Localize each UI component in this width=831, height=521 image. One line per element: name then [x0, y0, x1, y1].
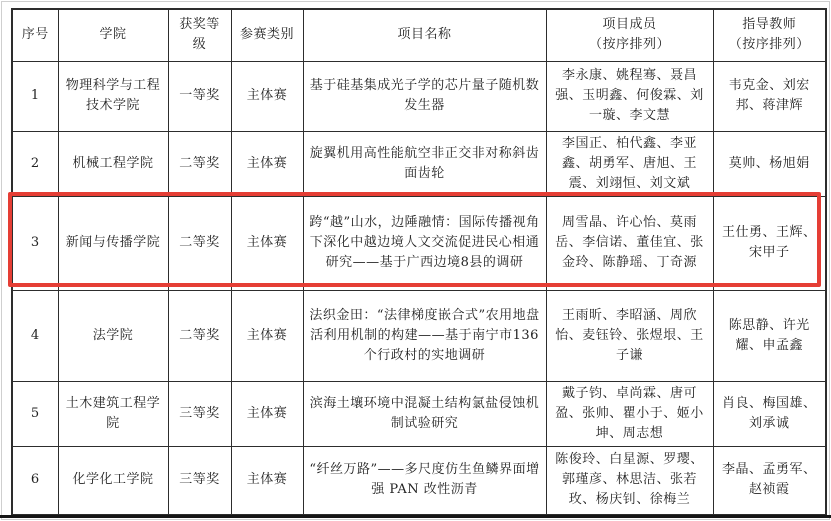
header-teachers: 指导教师 （按序排列） [713, 9, 826, 61]
header-award: 获奖等 级 [168, 9, 231, 61]
cell-category: 主体赛 [231, 290, 303, 381]
table-row: 1 物理科学与工程技术学院 一等奖 主体赛 基于硅基集成光子学的芯片量子随机数发… [12, 61, 826, 131]
cell-project: 旋翼机用高性能航空非正交非对称斜齿面齿轮 [303, 131, 546, 196]
cell-college: 物理科学与工程技术学院 [58, 61, 168, 131]
table-row: 5 土木建筑工程学院 三等奖 主体赛 滨海土壤环境中混凝土结构氯盐侵蚀机制试验研… [12, 381, 826, 446]
cell-award: 三等奖 [168, 381, 231, 446]
cell-category: 主体赛 [231, 446, 303, 515]
table-row: 2 机械工程学院 二等奖 主体赛 旋翼机用高性能航空非正交非对称斜齿面齿轮 李国… [12, 131, 826, 196]
cell-teachers: 李晶、孟勇军、赵祯霞 [713, 446, 826, 515]
cell-num: 3 [12, 196, 58, 290]
cell-college: 土木建筑工程学院 [58, 381, 168, 446]
table-row: 6 化学化工学院 三等奖 主体赛 “纤丝万路”——多尺度仿生鱼鳞界面增强 PAN… [12, 446, 826, 515]
cell-category: 主体赛 [231, 61, 303, 131]
header-project: 项目名称 [303, 9, 546, 61]
cell-teachers: 陈思静、许光耀、申孟鑫 [713, 290, 826, 381]
cell-project: 跨“越”山水，边陲融情：国际传播视角下深化中越边境人文交流促进民心相通研究——基… [303, 196, 546, 290]
cell-num: 5 [12, 381, 58, 446]
header-members: 项目成员 （按序排列） [546, 9, 713, 61]
cell-award: 二等奖 [168, 131, 231, 196]
cell-category: 主体赛 [231, 131, 303, 196]
cell-teachers: 韦克金、刘宏邦、蒋津辉 [713, 61, 826, 131]
cell-num: 2 [12, 131, 58, 196]
header-college: 学院 [58, 9, 168, 61]
cell-members: 李国正、柏代鑫、李亚鑫、胡勇军、唐旭、王震、刘翊恒、刘文斌 [546, 131, 713, 196]
cell-num: 1 [12, 61, 58, 131]
cell-members: 王雨昕、李昭涵、周欣怡、麦钰铃、张煜垠、王子谦 [546, 290, 713, 381]
cell-teachers: 莫帅、杨旭娟 [713, 131, 826, 196]
award-results-table: 序号 学院 获奖等 级 参赛类别 项目名称 项目成员 （按序排列） 指导教师 （… [11, 8, 827, 516]
table-body: 1 物理科学与工程技术学院 一等奖 主体赛 基于硅基集成光子学的芯片量子随机数发… [12, 61, 826, 515]
cell-college: 新闻与传播学院 [58, 196, 168, 290]
header-row: 序号 学院 获奖等 级 参赛类别 项目名称 项目成员 （按序排列） 指导教师 （… [12, 9, 826, 61]
cell-college: 法学院 [58, 290, 168, 381]
header-num: 序号 [12, 9, 58, 61]
cell-teachers: 肖良、梅国雄、刘承诚 [713, 381, 826, 446]
cell-num: 4 [12, 290, 58, 381]
table-row: 4 法学院 二等奖 主体赛 法织金田：“法律梯度嵌合式”农用地盘活利用机制的构建… [12, 290, 826, 381]
cell-members: 周雪晶、许心怡、莫雨岳、李信诺、董佳宜、张金玲、陈静瑶、丁奇源 [546, 196, 713, 290]
cell-award: 二等奖 [168, 290, 231, 381]
table-header: 序号 学院 获奖等 级 参赛类别 项目名称 项目成员 （按序排列） 指导教师 （… [12, 9, 826, 61]
table-row-highlighted: 3 新闻与传播学院 二等奖 主体赛 跨“越”山水，边陲融情：国际传播视角下深化中… [12, 196, 826, 290]
cell-college: 机械工程学院 [58, 131, 168, 196]
cell-project: 基于硅基集成光子学的芯片量子随机数发生器 [303, 61, 546, 131]
cell-award: 三等奖 [168, 446, 231, 515]
cell-award: 二等奖 [168, 196, 231, 290]
cell-members: 戴子钧、卓尚霖、唐可盈、张帅、瞿小于、姬小坤、周志想 [546, 381, 713, 446]
bottom-edge-line [0, 515, 831, 518]
cell-teachers: 王仕勇、王辉、宋甲子 [713, 196, 826, 290]
cell-project: “纤丝万路”——多尺度仿生鱼鳞界面增强 PAN 改性沥青 [303, 446, 546, 515]
cell-members: 陈俊玲、白星源、罗璎、郭瑾彦、林思洁、张若玫、杨庆钊、徐梅兰 [546, 446, 713, 515]
cell-category: 主体赛 [231, 381, 303, 446]
cell-award: 一等奖 [168, 61, 231, 131]
cell-project: 滨海土壤环境中混凝土结构氯盐侵蚀机制试验研究 [303, 381, 546, 446]
cell-project: 法织金田：“法律梯度嵌合式”农用地盘活利用机制的构建——基于南宁市136个行政村… [303, 290, 546, 381]
cell-members: 李永康、姚程骞、聂昌强、玉明鑫、何俊霖、刘一璇、李文慧 [546, 61, 713, 131]
cell-college: 化学化工学院 [58, 446, 168, 515]
cell-num: 6 [12, 446, 58, 515]
cell-category: 主体赛 [231, 196, 303, 290]
header-category: 参赛类别 [231, 9, 303, 61]
